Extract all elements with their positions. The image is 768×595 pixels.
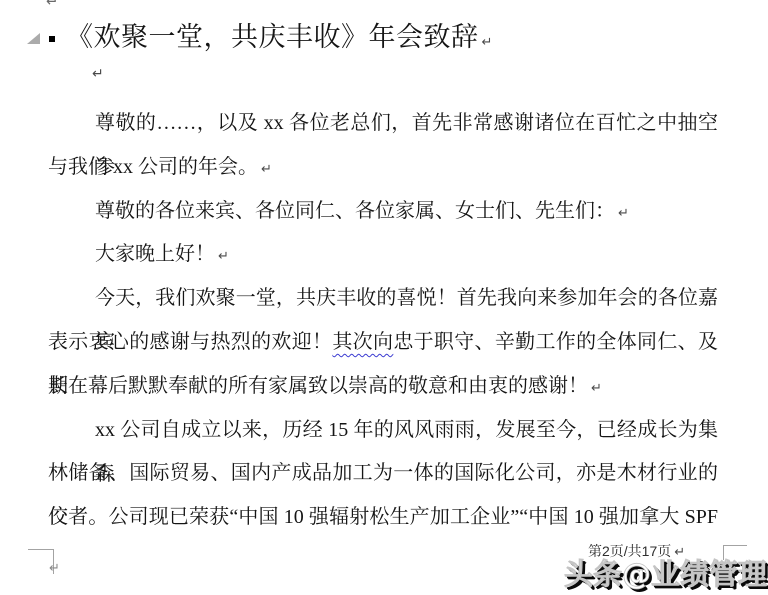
text-line[interactable]: 表示衷心的感谢与热烈的欢迎！其次向忠于职守、辛勤工作的全体同仁、及长: [48, 320, 718, 364]
text-segment: 尊敬的各位来宾、各位同仁、各位家属、女士们、先生们：: [95, 200, 615, 222]
paragraph-mark-icon: ↵: [261, 162, 272, 177]
paragraph-mark-icon: ↵: [218, 249, 229, 264]
text-line[interactable]: 林储备、国际贸易、国内产成品加工为一体的国际化公司，亦是木材行业的佼: [48, 451, 718, 495]
text-segment: 与我们 xx 公司的年会。: [48, 156, 258, 178]
text-line[interactable]: 尊敬的各位来宾、各位同仁、各位家属、女士们、先生们：↵: [48, 189, 718, 233]
heading-bullet-icon: [49, 36, 55, 42]
bottom-left-paragraph-mark-icon: ↵: [49, 561, 60, 576]
text-line[interactable]: 期在幕后默默奉献的所有家属致以崇高的敬意和由衷的感谢！↵: [48, 364, 718, 408]
clipped-paragraph-mark-icon: ↵: [46, 0, 59, 10]
text-line[interactable]: 与我们 xx 公司的年会。↵: [48, 145, 718, 189]
text-segment: 表示衷心的感谢与热烈的欢迎！: [48, 331, 332, 353]
text-line[interactable]: 今天，我们欢聚一堂，共庆丰收的喜悦！首先我向来参加年会的各位嘉宾: [48, 276, 718, 320]
text-segment: 期在幕后默默奉献的所有家属致以崇高的敬意和由衷的感谢！: [48, 375, 588, 397]
text-line[interactable]: 尊敬的……，以及 xx 各位老总们，首先非常感谢诸位在百忙之中抽空参: [48, 101, 718, 145]
paragraph-mark-icon: ↵: [482, 35, 493, 50]
spellcheck-squiggle-text: 其次向: [332, 331, 393, 353]
paragraph-mark-icon: ↵: [591, 381, 602, 396]
text-line[interactable]: 大家晚上好！↵: [48, 232, 718, 276]
outline-collapse-icon[interactable]: [26, 32, 41, 50]
watermark: 头条@业绩管理: [564, 552, 767, 593]
document-page: 《欢聚一堂，共庆丰收》年会致辞↵ ↵ ↵ 尊敬的……，以及 xx 各位老总们，首…: [0, 0, 768, 595]
text-line[interactable]: 佼者。公司现已荣获“中国 10 强辐射松生产加工企业”“中国 10 强加拿大 S…: [48, 495, 718, 539]
text-line[interactable]: xx 公司自成立以来，历经 15 年的风风雨雨，发展至今，已经成长为集森: [48, 408, 718, 452]
document-title-text: 《欢聚一堂，共庆丰收》年会致辞: [66, 22, 479, 53]
text-segment: 大家晚上好！: [95, 243, 215, 265]
document-title[interactable]: 《欢聚一堂，共庆丰收》年会致辞↵: [66, 22, 492, 59]
text-segment: 佼者。公司现已荣获“中国 10 强辐射松生产加工企业”“中国 10 强加拿大 S…: [48, 506, 718, 528]
empty-paragraph-mark-icon: ↵: [92, 66, 104, 82]
paragraph-mark-icon: ↵: [618, 206, 629, 221]
